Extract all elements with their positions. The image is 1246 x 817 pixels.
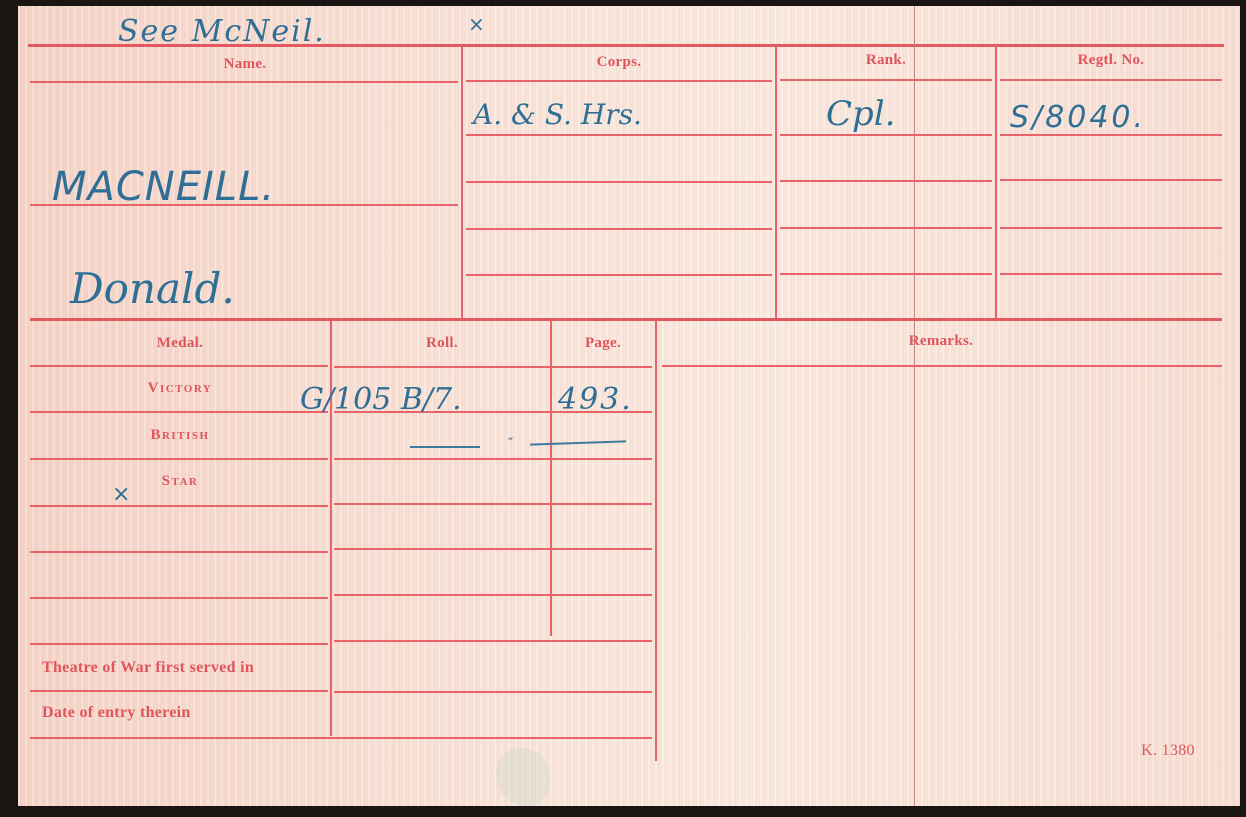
watermark-stamp <box>496 748 550 806</box>
victory-roll-value: G/105 B/7. <box>300 382 462 417</box>
star-cross-mark: × <box>112 482 130 507</box>
card-fold-line <box>914 6 915 806</box>
rule <box>780 79 992 81</box>
victory-page-value: 493. <box>558 382 633 417</box>
section-rule <box>30 318 1222 321</box>
regtl-no-header: Regtl. No. <box>998 52 1224 69</box>
british-page-ditto-line <box>530 440 626 445</box>
rule <box>780 227 992 229</box>
remarks-header: Remarks. <box>658 333 1224 350</box>
rule <box>30 458 328 460</box>
rule <box>30 597 328 599</box>
rule <box>334 691 652 693</box>
rule <box>334 458 652 460</box>
divider-corps-rank <box>775 46 777 321</box>
page-header: Page. <box>553 335 653 352</box>
medal-header: Medal. <box>30 335 330 352</box>
rule <box>466 228 772 230</box>
divider-rank-regtl <box>995 46 997 321</box>
rule <box>780 134 992 136</box>
date-of-entry-label: Date of entry therein <box>42 704 191 722</box>
corps-value: A. & S. Hrs. <box>473 98 642 131</box>
rule <box>334 594 652 596</box>
rank-header: Rank. <box>778 52 994 69</box>
medal-victory: Victory <box>30 380 330 397</box>
top-cross-mark: × <box>468 12 485 36</box>
name-header: Name. <box>30 56 460 73</box>
rule <box>30 411 328 413</box>
regtl-no-value: S/8040. <box>1010 100 1146 135</box>
corps-header: Corps. <box>464 54 774 71</box>
rule <box>30 643 328 645</box>
medal-index-card: See McNeil. × Name. Corps. Rank. Regtl. … <box>18 6 1240 806</box>
medal-british: British <box>30 427 330 444</box>
rule <box>334 548 652 550</box>
british-roll-ditto-line <box>410 446 480 448</box>
rule <box>1000 273 1222 275</box>
rule <box>334 640 652 642</box>
surname-value: MACNEILL. <box>52 164 275 210</box>
rule <box>662 365 1222 367</box>
rule <box>466 80 772 82</box>
rule <box>466 134 772 136</box>
rule <box>334 503 652 505</box>
rule <box>30 505 328 507</box>
rule <box>1000 179 1222 181</box>
form-number: K. 1380 <box>1118 742 1218 760</box>
rule <box>1000 79 1222 81</box>
medal-star: Star <box>30 473 330 490</box>
roll-header: Roll. <box>334 335 550 352</box>
theatre-of-war-label: Theatre of War first served in <box>42 659 254 677</box>
forename-value: Donald. <box>70 264 235 313</box>
rule <box>466 181 772 183</box>
rule <box>30 365 328 367</box>
british-ditto-mark: ″ <box>508 436 513 452</box>
rule <box>780 180 992 182</box>
rule <box>466 274 772 276</box>
divider-name-corps <box>461 46 463 321</box>
rule <box>780 273 992 275</box>
rule <box>30 551 328 553</box>
rule <box>30 737 652 739</box>
rank-value: Cpl. <box>826 94 895 134</box>
top-rule <box>28 44 1224 47</box>
divider-page-remarks <box>655 321 657 761</box>
rule <box>334 366 652 368</box>
rule <box>30 690 328 692</box>
divider-roll-page <box>550 321 552 636</box>
rule <box>30 81 458 83</box>
rule <box>1000 227 1222 229</box>
